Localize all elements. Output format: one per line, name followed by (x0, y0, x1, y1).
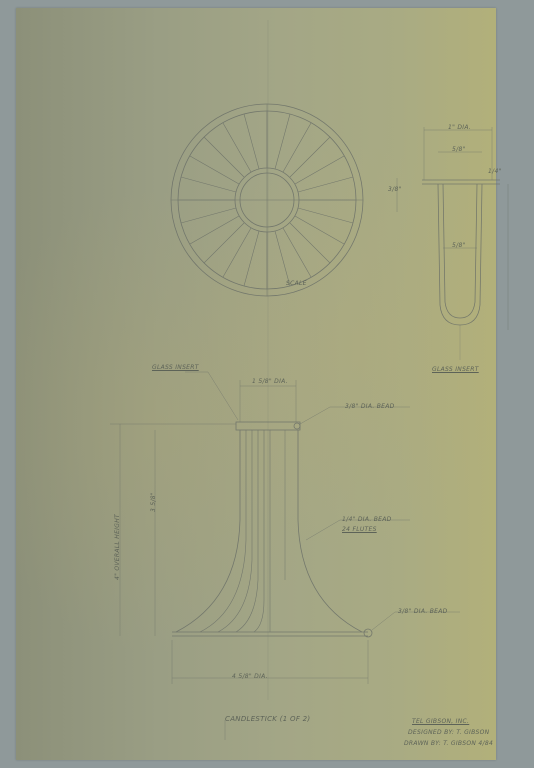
top-view-circle (171, 104, 363, 296)
glass-insert-title: GLASS INSERT (432, 366, 479, 373)
note-base-bead: 3/8" DIA. BEAD (398, 608, 448, 615)
pedestal-elevation (110, 372, 460, 740)
dim-base-width: 4 5/8" DIA. (232, 673, 268, 680)
dim-insert-width: 1" DIA. (448, 124, 471, 131)
label-glass-insert: GLASS INSERT (152, 364, 199, 371)
note-flutes-count: 24 FLUTES (342, 526, 377, 533)
dim-overall-height: 4" OVERALL HEIGHT (114, 514, 121, 580)
title-block-line2: DESIGNED BY: T. GIBSON (408, 729, 489, 736)
dim-insert-bottom: 5/8" (452, 242, 466, 249)
note-flutes-bead: 1/4" DIA. BEAD (342, 516, 392, 523)
dim-insert-inner: 5/8" (452, 146, 466, 153)
title-block-line1: TEL GIBSON, INC. (412, 718, 469, 725)
dim-insert-side: 3/8" (388, 186, 402, 193)
dim-insert-lip: 1/4" (488, 168, 502, 175)
drawing-caption: CANDLESTICK (1 OF 2) (225, 715, 310, 723)
dim-top-diameter: 1 5/8" DIA. (252, 378, 288, 385)
dim-body-height: 3 5/8" (150, 492, 157, 512)
title-block-line3: DRAWN BY: T. GIBSON 4/84 (404, 740, 493, 747)
note-top-bead: 3/8" DIA. BEAD (345, 403, 395, 410)
top-view-scale-note: SCALE (286, 280, 307, 287)
